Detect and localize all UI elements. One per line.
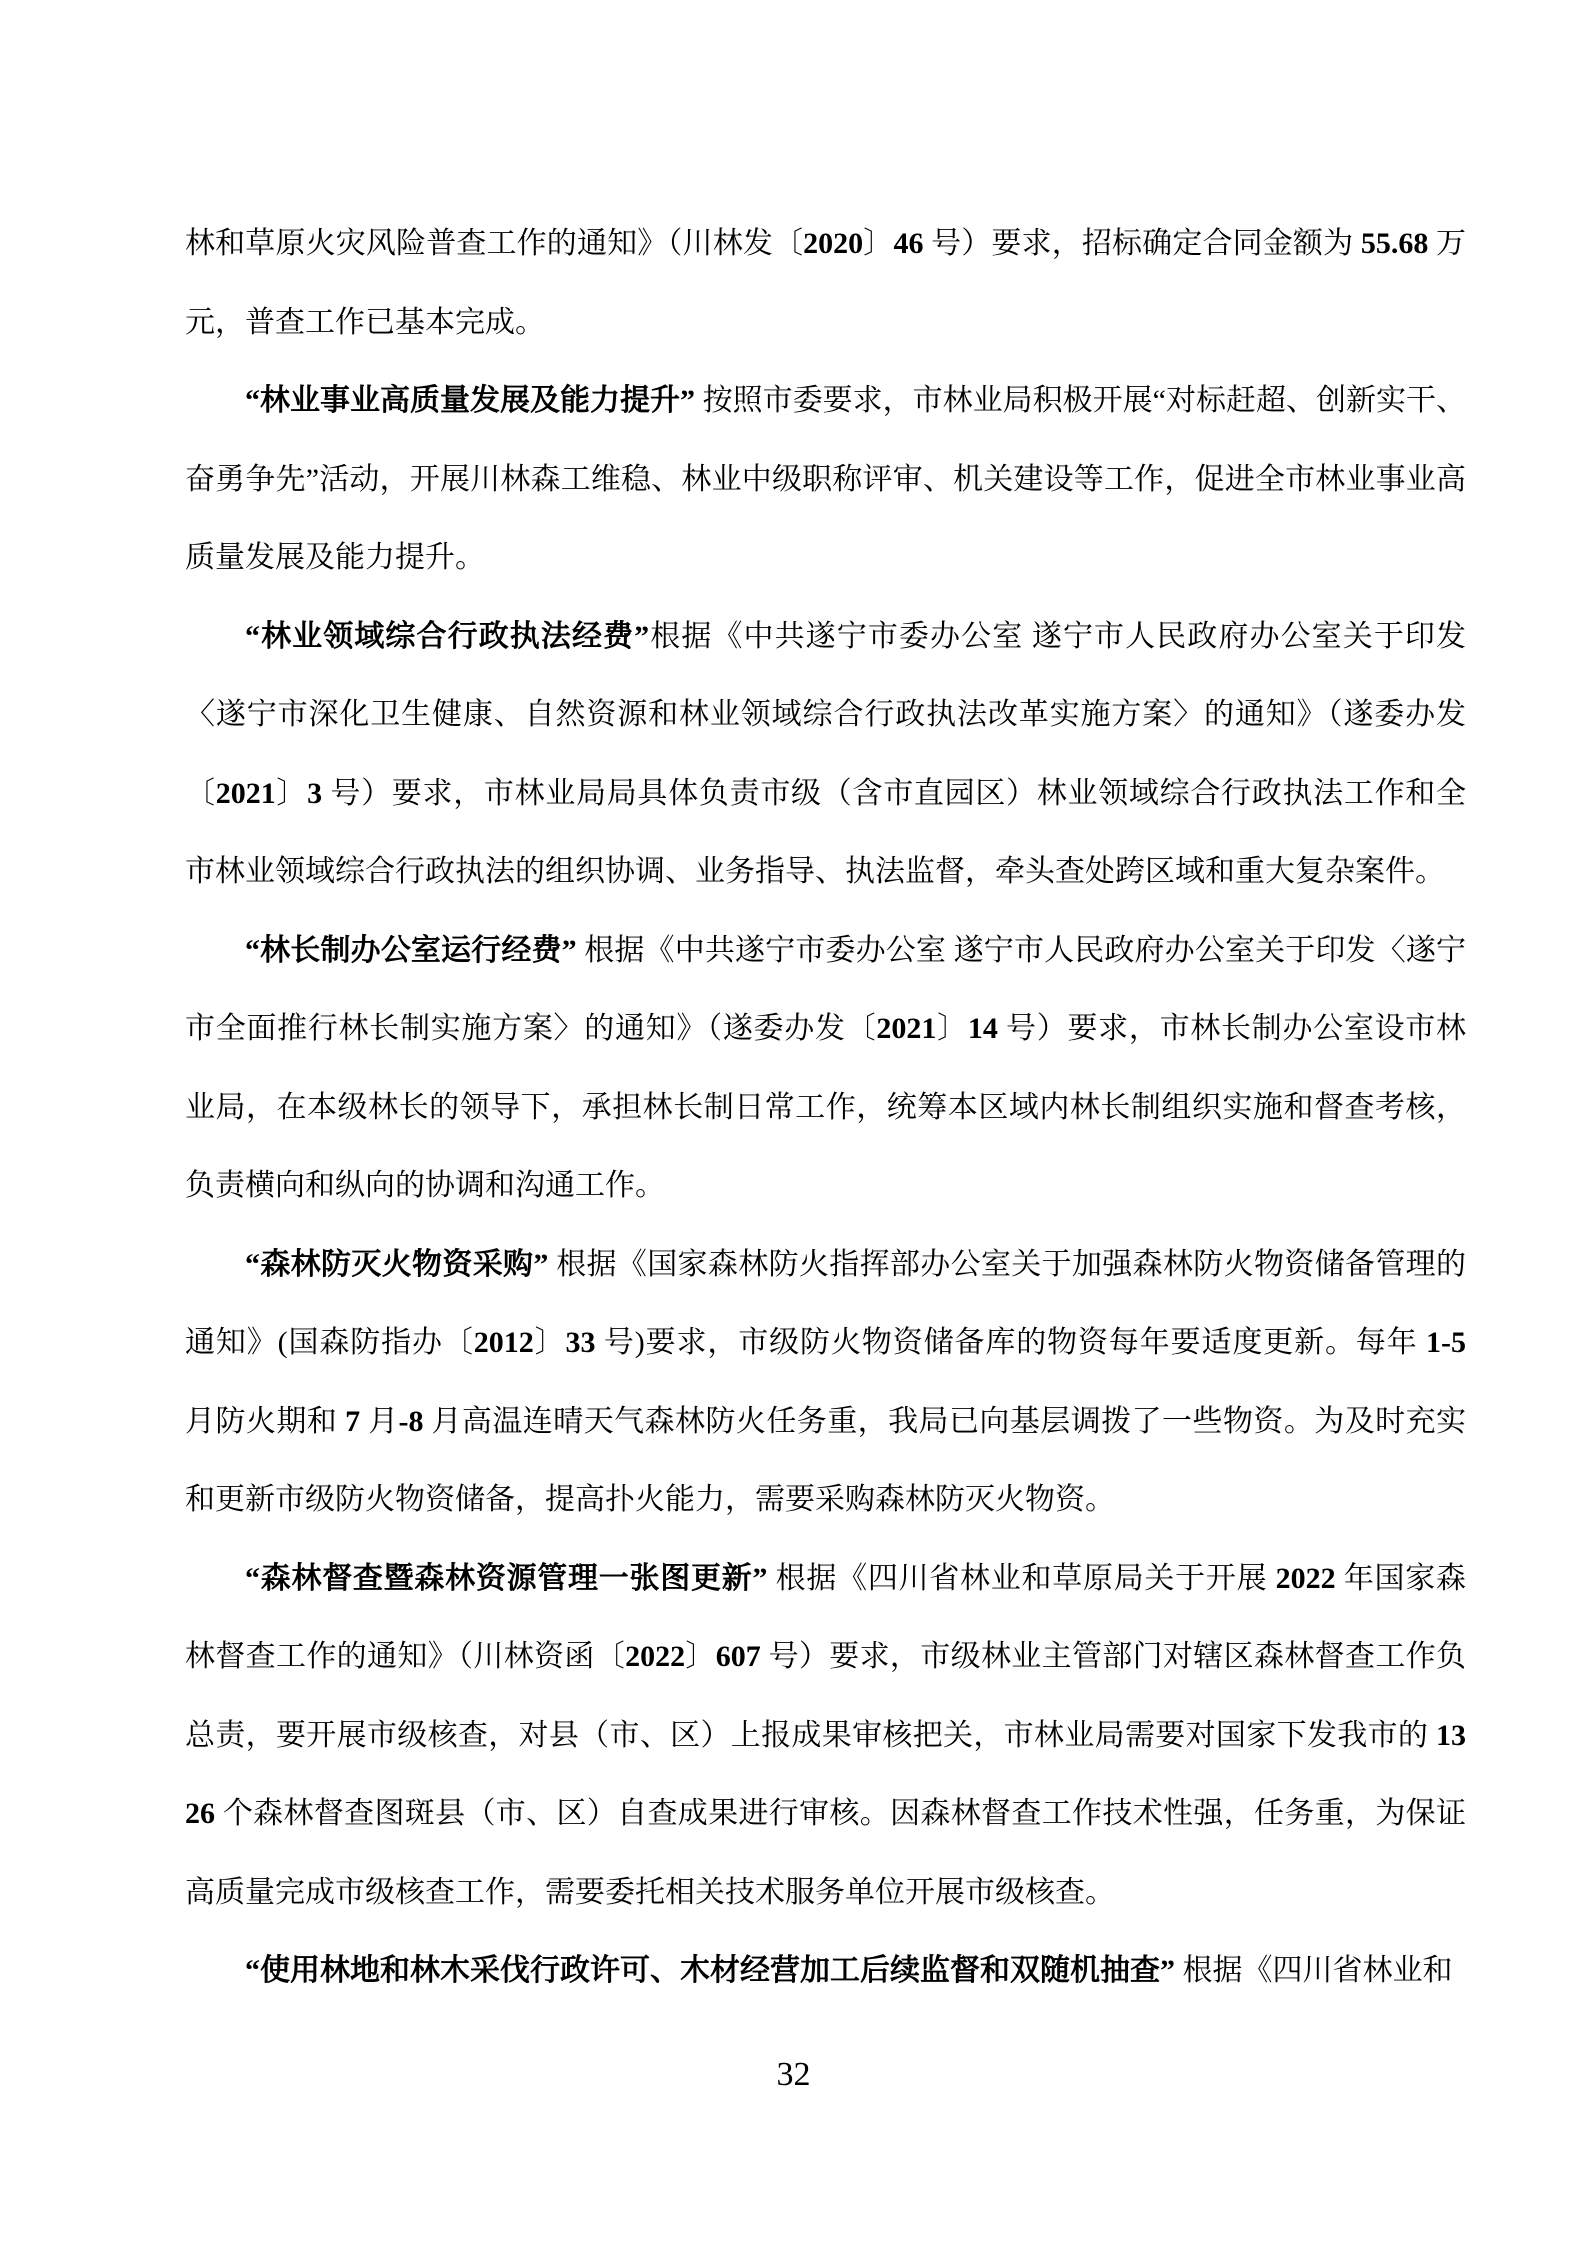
text-segment-bold: 46 (893, 227, 923, 260)
text-segment-bold: 2021 (216, 777, 276, 810)
paragraph: “林业事业高质量发展及能力提升” 按照市委要求，市林业局积极开展“对标赶超、创新… (185, 362, 1466, 598)
document-page: 林和草原火灾风险普查工作的通知》（川林发〔2020〕46 号）要求，招标确定合同… (0, 0, 1587, 2245)
paragraph: “林业领域综合行政执法经费”根据《中共遂宁市委办公室 遂宁市人民政府办公室关于印… (185, 598, 1466, 912)
text-segment: 林和草原火灾风险普查工作的通知》（川林发〔 (185, 227, 803, 260)
text-segment-bold: “林长制办公室运行经费” (245, 934, 577, 967)
text-segment: 〕 (863, 227, 893, 260)
paragraph: “使用林地和林木采伐行政许可、木材经营加工后续监督和双随机抽查” 根据《四川省林… (185, 1932, 1466, 2011)
text-segment-bold: 2012 (474, 1326, 534, 1359)
text-segment: 号）要求，市林业局局具体负责市级（含市直园区）林业领域综合行政执法工作和全市林业… (185, 777, 1466, 889)
text-segment: 号)要求，市级防火物资储备库的物资每年要适度更新。每年 (596, 1326, 1426, 1359)
text-segment-bold: 1-5 (1426, 1326, 1466, 1359)
text-segment: 根据《四川省林业和草原局关于开展 (767, 1562, 1275, 1595)
text-segment-bold: -8 (399, 1405, 424, 1438)
text-segment-bold: “林业事业高质量发展及能力提升” (245, 384, 695, 417)
text-segment-bold: 2022 (1276, 1562, 1336, 1595)
page-footer: 32 (0, 2052, 1587, 2098)
paragraph: “森林督查暨森林资源管理一张图更新” 根据《四川省林业和草原局关于开展 2022… (185, 1540, 1466, 1933)
text-segment-bold: 2021 (876, 1012, 936, 1045)
paragraph: “森林防灭火物资采购” 根据《国家森林防火指挥部办公室关于加强森林防火物资储备管… (185, 1226, 1466, 1540)
text-segment: 〕 (685, 1640, 716, 1673)
page-number: 32 (777, 2056, 811, 2093)
document-body: 林和草原火灾风险普查工作的通知》（川林发〔2020〕46 号）要求，招标确定合同… (185, 205, 1466, 2011)
text-segment-bold: “使用林地和林木采伐行政许可、木材经营加工后续监督和双随机抽查” (245, 1954, 1175, 1987)
text-segment-bold: 55.68 (1361, 227, 1429, 260)
text-segment-bold: 14 (968, 1012, 998, 1045)
text-segment-bold: 2020 (803, 227, 863, 260)
text-segment-bold: 2022 (625, 1640, 685, 1673)
text-segment: 〕 (936, 1012, 967, 1045)
paragraph: “林长制办公室运行经费” 根据《中共遂宁市委办公室 遂宁市人民政府办公室关于印发… (185, 912, 1466, 1226)
text-segment-bold: 607 (716, 1640, 761, 1673)
text-segment: 〕 (534, 1326, 566, 1359)
text-segment-bold: “森林督查暨森林资源管理一张图更新” (245, 1562, 767, 1595)
text-segment-bold: 33 (566, 1326, 596, 1359)
text-segment-bold: 3 (307, 777, 322, 810)
text-segment: 月防火期和 (185, 1405, 345, 1438)
text-segment: 个森林督查图斑县（市、区）自查成果进行审核。因森林督查工作技术性强，任务重，为保… (185, 1797, 1466, 1909)
text-segment: 〕 (276, 777, 307, 810)
text-segment-bold: 7 (345, 1405, 360, 1438)
text-segment-bold: “森林防灭火物资采购” (245, 1248, 548, 1281)
paragraph: 林和草原火灾风险普查工作的通知》（川林发〔2020〕46 号）要求，招标确定合同… (185, 205, 1466, 362)
text-segment: 号）要求，招标确定合同金额为 (923, 227, 1360, 260)
text-segment: 根据《四川省林业和 (1175, 1954, 1453, 1987)
text-segment: 月 (360, 1405, 398, 1438)
text-segment-bold: “林业领域综合行政执法经费” (245, 620, 649, 653)
